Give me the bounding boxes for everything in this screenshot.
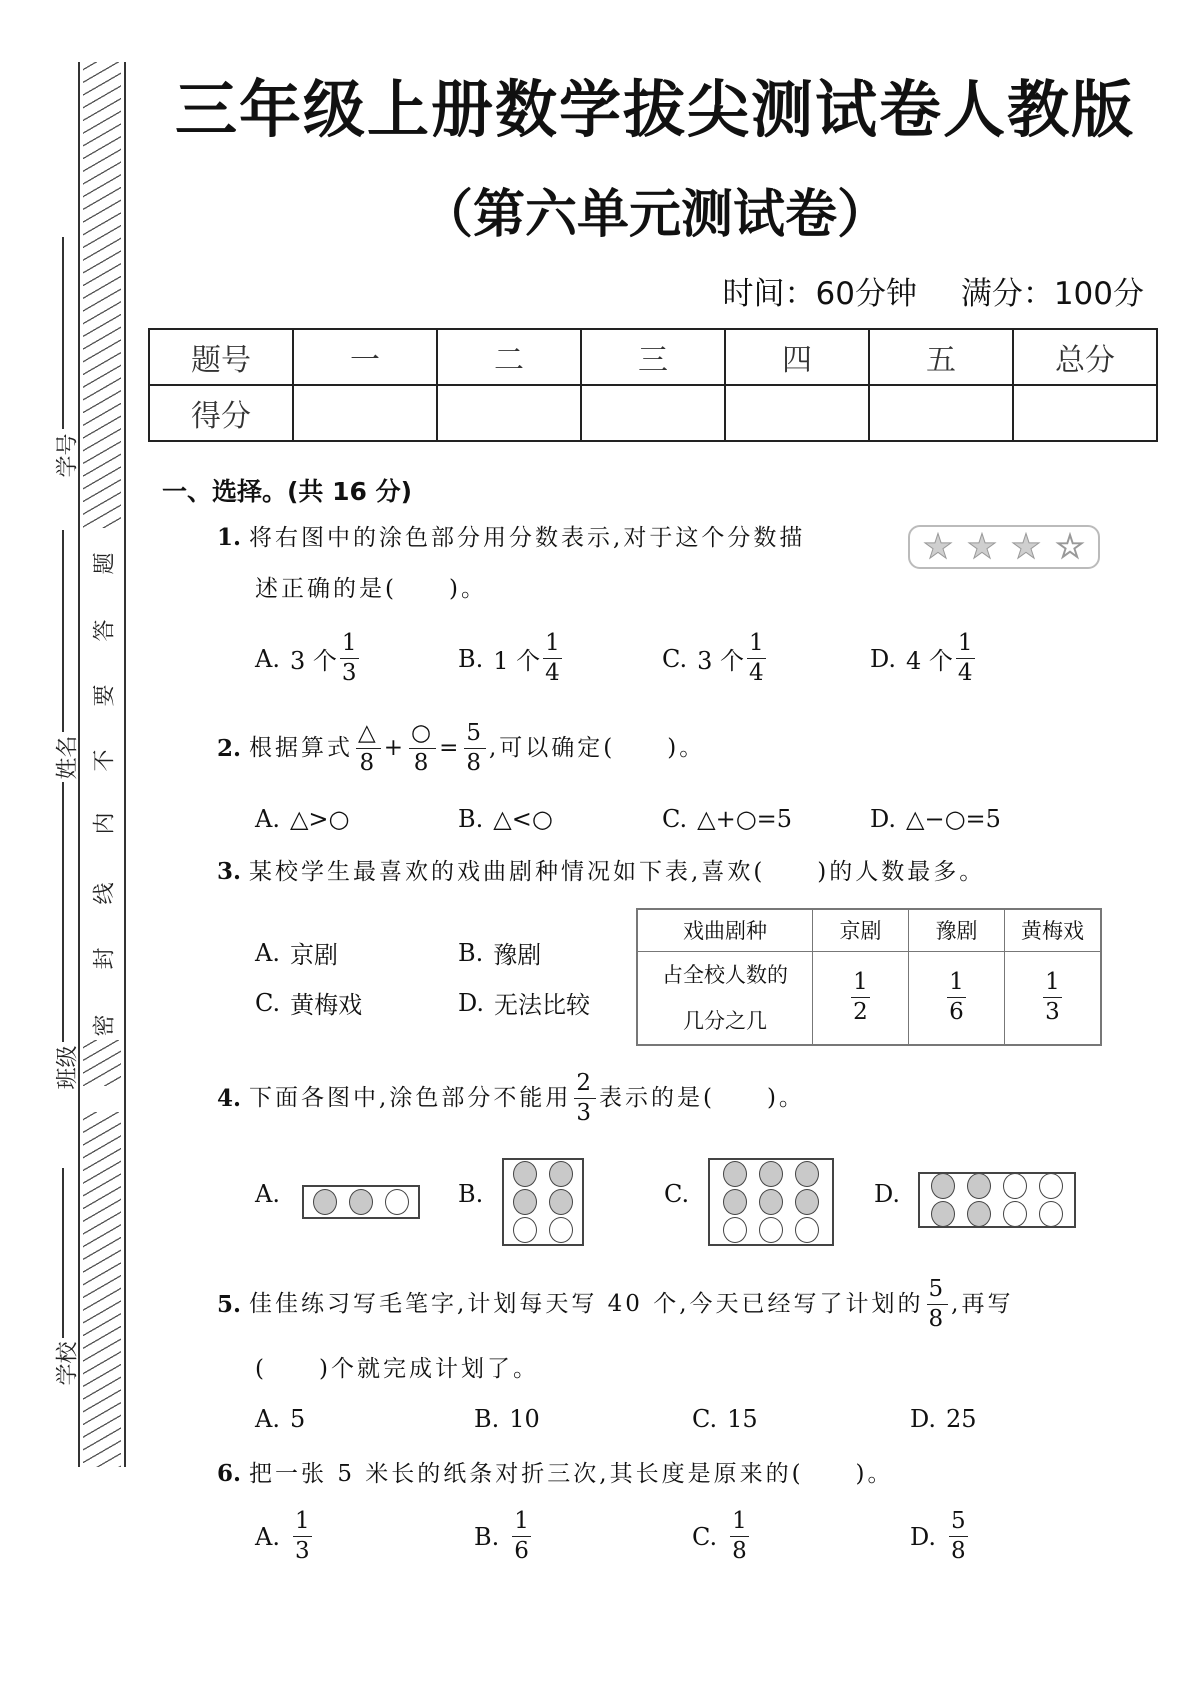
- option-label: A.: [255, 1523, 280, 1551]
- question-number: 6.: [217, 1460, 241, 1487]
- empty-circle: [723, 1217, 747, 1243]
- option-text: 10: [509, 1405, 540, 1433]
- question-5-line-2: ( )个就完成计划了。: [255, 1358, 539, 1381]
- score-header-cell: 总分: [1013, 329, 1157, 385]
- question-3: 3.某校学生最喜欢的戏曲剧种情况如下表,喜欢( )的人数最多。: [217, 860, 985, 884]
- operator: +: [384, 737, 406, 760]
- score-table-header-row: 题号 一 二 三 四 五 总分: [149, 329, 1157, 385]
- empty-circle: [1039, 1201, 1063, 1227]
- shaded-circle: [349, 1189, 373, 1215]
- option-text: 黄梅戏: [290, 985, 362, 1020]
- option-label: B.: [474, 1523, 499, 1551]
- hatch-pattern-top: [83, 62, 121, 528]
- question-5-line-1: 5. 佳佳练习写毛笔字,计划每天写 40 个,今天已经写了计划的 58 ,再写: [217, 1278, 1013, 1331]
- q4-option-d-label[interactable]: D.: [874, 1180, 900, 1208]
- fraction: 14: [956, 632, 975, 685]
- empty-circle: [759, 1217, 783, 1243]
- option-label: D.: [910, 1523, 936, 1551]
- option-text: 无法比较: [494, 985, 590, 1020]
- option-text: △+○=5: [697, 805, 792, 833]
- shaded-circle: [931, 1173, 955, 1199]
- option-text: 京剧: [290, 935, 338, 970]
- q4-option-b-label[interactable]: B.: [458, 1180, 483, 1208]
- empty-circle: [549, 1217, 573, 1243]
- q4-figure-d[interactable]: [918, 1172, 1076, 1228]
- seal-char: 不: [88, 746, 119, 776]
- fraction: 13: [340, 632, 359, 685]
- question-text: 将右图中的涂色部分用分数表示,对于这个分数描: [249, 525, 805, 551]
- class-field[interactable]: [62, 782, 64, 1042]
- drama-table-row-label: 占全校人数的几分之几: [637, 951, 813, 1045]
- q3-option-c[interactable]: C.黄梅戏: [255, 985, 362, 1020]
- question-text: 下面各图中,涂色部分不能用: [249, 1087, 571, 1110]
- shaded-circle: [513, 1189, 537, 1215]
- school-label: 学校: [51, 1334, 82, 1394]
- question-number: 5.: [217, 1293, 241, 1316]
- option-label: A.: [255, 939, 280, 967]
- shaded-circle: [759, 1189, 783, 1215]
- fraction: △8: [356, 722, 381, 775]
- score-cell[interactable]: [725, 385, 869, 441]
- option-text: △>○: [290, 805, 350, 833]
- drama-table-value: 12: [813, 951, 909, 1045]
- shaded-circle: [931, 1201, 955, 1227]
- star-figure: ★ ★ ★ ☆: [908, 525, 1100, 569]
- q4-option-a-label[interactable]: A.: [255, 1180, 280, 1208]
- score-header-cell: 题号: [149, 329, 293, 385]
- q4-figure-c[interactable]: [708, 1158, 834, 1246]
- shaded-circle: [549, 1189, 573, 1215]
- star-filled-icon: ★: [967, 530, 997, 564]
- shaded-circle: [795, 1161, 819, 1187]
- shaded-circle: [795, 1189, 819, 1215]
- option-label: A.: [255, 1405, 280, 1433]
- q5-option-c[interactable]: C.15: [692, 1405, 758, 1433]
- option-label: D.: [910, 1405, 936, 1433]
- q3-option-a[interactable]: A.京剧: [255, 935, 338, 970]
- drama-table-header-row: 戏曲剧种 京剧 豫剧 黄梅戏: [637, 909, 1101, 951]
- q3-option-d[interactable]: D.无法比较: [458, 985, 590, 1020]
- seal-char: 密: [88, 1011, 119, 1041]
- drama-table-header: 京剧: [813, 909, 909, 951]
- option-text: 15: [727, 1405, 758, 1433]
- q1-option-c[interactable]: C.3 个14: [662, 632, 769, 685]
- margin-border-right: [124, 62, 126, 1467]
- fraction: 14: [747, 632, 766, 685]
- option-text: △−○=5: [906, 805, 1001, 833]
- q5-option-a[interactable]: A.5: [255, 1405, 305, 1433]
- question-number: 3.: [217, 858, 241, 885]
- drama-table-header: 豫剧: [909, 909, 1005, 951]
- score-cell[interactable]: [869, 385, 1013, 441]
- question-4: 4. 下面各图中,涂色部分不能用 23 表示的是( )。: [217, 1072, 805, 1125]
- option-text: 25: [946, 1405, 977, 1433]
- question-1-line-2: 述正确的是( )。: [255, 578, 487, 601]
- empty-circle: [1003, 1173, 1027, 1199]
- shaded-circle: [313, 1189, 337, 1215]
- drama-table-value: 13: [1005, 951, 1102, 1045]
- shaded-circle: [967, 1201, 991, 1227]
- q4-option-c-label[interactable]: C.: [664, 1180, 689, 1208]
- question-2: 2. 根据算式 △8 + ○8 = 58 ,可以确定( )。: [217, 722, 705, 775]
- option-label: C.: [692, 1523, 717, 1551]
- q2-option-c[interactable]: C.△+○=5: [662, 805, 792, 833]
- question-text: 表示的是( )。: [599, 1087, 805, 1110]
- fraction: 18: [730, 1510, 749, 1563]
- score-cell[interactable]: [437, 385, 581, 441]
- class-label: 班级: [51, 1038, 82, 1098]
- q4-figure-b[interactable]: [502, 1158, 584, 1246]
- empty-circle: [1039, 1173, 1063, 1199]
- hatch-pattern-bottom: [83, 1112, 121, 1467]
- student-id-label: 学号: [51, 426, 82, 486]
- question-text: ,再写: [951, 1293, 1013, 1316]
- option-label: C.: [692, 1405, 717, 1433]
- fraction: ○8: [409, 722, 436, 775]
- drama-table-value-row: 占全校人数的几分之几 12 16 13: [637, 951, 1101, 1045]
- option-label: C.: [255, 989, 280, 1017]
- option-text: 3 个: [290, 641, 337, 676]
- q6-option-b[interactable]: B.16: [474, 1510, 534, 1563]
- score-header-cell: 二: [437, 329, 581, 385]
- option-text: 3 个: [697, 641, 744, 676]
- question-number: 2.: [217, 737, 241, 760]
- q5-option-b[interactable]: B.10: [474, 1405, 540, 1433]
- score-cell[interactable]: [1013, 385, 1157, 441]
- page-subtitle: （第六单元测试卷）: [150, 172, 1160, 247]
- name-field[interactable]: [62, 530, 64, 732]
- question-6: 6.把一张 5 米长的纸条对折三次,其长度是原来的( )。: [217, 1462, 894, 1486]
- question-text: ,可以确定( )。: [489, 737, 705, 760]
- shaded-circle: [723, 1161, 747, 1187]
- question-text: 佳佳练习写毛笔字,计划每天写 40 个,今天已经写了计划的: [249, 1293, 924, 1316]
- question-number: 1.: [217, 524, 241, 551]
- exam-time: 时间：60分钟: [723, 276, 917, 312]
- drama-table-header: 黄梅戏: [1005, 909, 1102, 951]
- score-row-label: 得分: [149, 385, 293, 441]
- q4-figure-a[interactable]: [302, 1185, 420, 1219]
- hatch-pattern-mid: [83, 1040, 121, 1086]
- option-text: 5: [290, 1405, 305, 1433]
- exam-meta: 时间：60分钟 满分：100分: [689, 268, 1144, 313]
- option-label: C.: [662, 645, 687, 673]
- q2-option-d[interactable]: D.△−○=5: [870, 805, 1001, 833]
- score-table: 题号 一 二 三 四 五 总分 得分: [148, 328, 1158, 442]
- shaded-circle: [967, 1173, 991, 1199]
- score-header-cell: 一: [293, 329, 437, 385]
- student-id-field[interactable]: [62, 237, 64, 429]
- score-header-cell: 四: [725, 329, 869, 385]
- seal-char: 答: [88, 616, 119, 646]
- exam-full-score: 满分：100分: [961, 276, 1144, 312]
- option-label: D.: [870, 645, 896, 673]
- fraction: 23: [574, 1072, 596, 1125]
- option-text: 1 个: [493, 641, 540, 676]
- fraction: 58: [927, 1278, 949, 1331]
- question-text: 某校学生最喜欢的戏曲剧种情况如下表,喜欢( )的人数最多。: [249, 859, 985, 885]
- fraction: 58: [949, 1510, 968, 1563]
- shaded-circle: [513, 1161, 537, 1187]
- fraction: 14: [543, 632, 562, 685]
- question-text: 根据算式: [249, 737, 353, 760]
- option-label: B.: [458, 645, 483, 673]
- empty-circle: [1003, 1201, 1027, 1227]
- option-label: D.: [870, 805, 896, 833]
- option-label: B.: [474, 1405, 499, 1433]
- star-filled-icon: ★: [1011, 530, 1041, 564]
- option-label: D.: [458, 989, 484, 1017]
- seal-char: 内: [88, 809, 119, 839]
- q2-option-b[interactable]: B.△<○: [458, 805, 553, 833]
- q1-option-a[interactable]: A.3 个13: [255, 632, 362, 685]
- option-label: A.: [255, 805, 280, 833]
- q1-option-d[interactable]: D.4 个14: [870, 632, 978, 685]
- seal-char: 要: [88, 681, 119, 711]
- score-cell[interactable]: [581, 385, 725, 441]
- star-empty-icon: ☆: [1055, 530, 1085, 564]
- fraction: 16: [512, 1510, 531, 1563]
- score-header-cell: 三: [581, 329, 725, 385]
- score-cell[interactable]: [293, 385, 437, 441]
- option-text: 4 个: [906, 641, 953, 676]
- option-label: C.: [662, 805, 687, 833]
- shaded-circle: [723, 1189, 747, 1215]
- section-title: 一、选择。(共 16 分): [162, 472, 412, 508]
- school-field[interactable]: [62, 1168, 64, 1338]
- q6-option-d[interactable]: D.58: [910, 1510, 971, 1563]
- operator: =: [439, 737, 461, 760]
- name-label: 姓名: [51, 728, 82, 788]
- q2-option-a[interactable]: A.△>○: [255, 805, 349, 833]
- seal-char: 题: [88, 549, 119, 579]
- option-text: △<○: [493, 805, 553, 833]
- seal-char: 封: [88, 944, 119, 974]
- score-table-score-row: 得分: [149, 385, 1157, 441]
- question-text: 把一张 5 米长的纸条对折三次,其长度是原来的( )。: [249, 1461, 894, 1487]
- shaded-circle: [549, 1161, 573, 1187]
- q6-option-a[interactable]: A.13: [255, 1510, 315, 1563]
- q1-option-b[interactable]: B.1 个14: [458, 632, 565, 685]
- empty-circle: [795, 1217, 819, 1243]
- option-label: A.: [255, 645, 280, 673]
- q5-option-d[interactable]: D.25: [910, 1405, 977, 1433]
- option-label: B.: [458, 939, 483, 967]
- seal-char: 线: [88, 879, 119, 909]
- empty-circle: [513, 1217, 537, 1243]
- drama-table-value: 16: [909, 951, 1005, 1045]
- shaded-circle: [759, 1161, 783, 1187]
- page-title: 三年级上册数学拔尖测试卷人教版: [150, 60, 1160, 149]
- fraction: 58: [464, 722, 486, 775]
- score-header-cell: 五: [869, 329, 1013, 385]
- question-1-line-1: 1.将右图中的涂色部分用分数表示,对于这个分数描: [217, 526, 805, 550]
- drama-table-header: 戏曲剧种: [637, 909, 813, 951]
- empty-circle: [385, 1189, 409, 1215]
- option-label: B.: [458, 805, 483, 833]
- drama-preference-table: 戏曲剧种 京剧 豫剧 黄梅戏 占全校人数的几分之几 12 16 13: [636, 908, 1102, 1046]
- fraction: 13: [293, 1510, 312, 1563]
- star-filled-icon: ★: [923, 530, 953, 564]
- question-number: 4.: [217, 1087, 241, 1110]
- option-text: 豫剧: [493, 935, 541, 970]
- q3-option-b[interactable]: B.豫剧: [458, 935, 541, 970]
- q6-option-c[interactable]: C.18: [692, 1510, 752, 1563]
